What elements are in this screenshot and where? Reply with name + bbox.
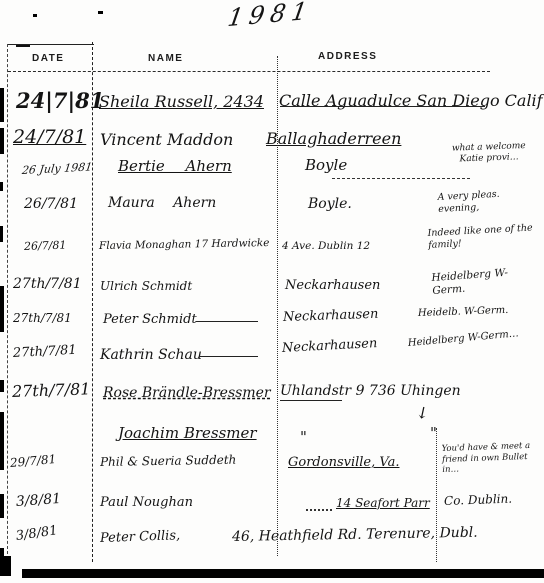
scan-edge-left-8 <box>0 494 4 518</box>
address-cell: Boyle. <box>308 196 352 212</box>
date-cell: 27th/7/81 <box>12 379 91 401</box>
name-cell: Sheila Russell, 2434 <box>99 92 264 111</box>
margin-note: Indeed like one of the family! <box>427 222 536 251</box>
header-top-rule-dash <box>16 45 30 47</box>
name-cell: Phil & Sueria Suddeth <box>100 453 237 469</box>
name-cell: Bertie Ahern <box>118 157 232 175</box>
scan-edge-left-1 <box>0 88 4 122</box>
scan-speck-top-2 <box>98 11 103 14</box>
scan-edge-left-6 <box>0 380 4 392</box>
date-cell: 26/7/81 <box>24 239 67 253</box>
date-cell: 27th/7/81 <box>13 276 82 292</box>
date-cell: 24/7/81 <box>13 126 86 148</box>
name-cell: Rose Brändle-Bressmer <box>103 385 271 401</box>
address-underline <box>280 400 342 401</box>
column-header-date: DATE <box>32 53 64 64</box>
date-cell: 3/8/81 <box>15 523 59 544</box>
margin-note: A very pleas. evening, <box>437 187 538 216</box>
column-header-name: NAME <box>148 53 183 64</box>
name-tail-stroke <box>196 321 258 322</box>
scan-edge-left-5 <box>0 286 4 332</box>
name-cell: Maura Ahern <box>108 195 216 211</box>
name-cell: Peter Collis, <box>100 528 181 546</box>
scan-speck-top-1 <box>33 14 37 17</box>
scan-edge-left-9 <box>0 548 4 574</box>
name-cell: Paul Noughan <box>100 495 193 510</box>
scan-edge-left-3 <box>0 182 3 191</box>
scan-edge-left-2 <box>0 128 4 154</box>
address-underline-ext <box>332 178 470 179</box>
scan-edge-left-7 <box>0 412 4 470</box>
name-tail-stroke <box>200 356 258 357</box>
margin-note: Heidelberg W-Germ. <box>431 265 538 299</box>
down-arrow-mark: ↓ <box>414 402 431 423</box>
address-cell: Neckarhausen <box>285 278 380 293</box>
left-margin-rule <box>7 44 8 564</box>
date-cell: 27th/7/81 <box>13 311 72 325</box>
scan-edge-bottom-bar <box>22 569 544 578</box>
guestbook-scan-page: 1981 DATE NAME ADDRESS 24|7|81 Sheila Ru… <box>0 0 544 583</box>
address-cell: Calle Aguadulce San Diego Calif <box>279 91 543 110</box>
scan-edge-left-4 <box>0 226 3 242</box>
margin-note: Heidelb. W-Germ. <box>418 304 538 321</box>
address-cell: 14 Seafort Parr <box>336 496 430 510</box>
date-cell: 3/8/81 <box>15 491 61 510</box>
address-cell: Boyle <box>305 156 347 174</box>
name-cell: Vincent Maddon <box>100 130 233 149</box>
address-cell: Neckarhausen <box>283 307 379 325</box>
address-cell: 4 Ave. Dublin 12 <box>282 240 370 252</box>
scan-blob-bottom-left <box>0 556 11 576</box>
margin-note: Co. Dublin. <box>444 492 513 508</box>
margin-note: Heidelberg W-Germ… <box>407 327 538 351</box>
date-cell: 27th/7/81 <box>13 343 77 361</box>
margin-note: You'd have & meet a friend in own Bullet… <box>441 441 538 476</box>
name-cell: Ulrich Schmidt <box>100 279 192 293</box>
margin-note: what a welcome Katie provi… <box>442 141 537 167</box>
dotted-lead-line <box>306 509 332 511</box>
header-bottom-rule <box>8 71 490 72</box>
name-cell: Kathrin Schau <box>100 347 202 363</box>
address-cell: Neckarhausen <box>282 336 378 356</box>
date-cell: 26/7/81 <box>24 196 78 212</box>
address-cell: 46, Heathfield Rd. Terenure, Dubl. <box>232 525 478 545</box>
year-title: 1981 <box>226 0 315 32</box>
date-cell: 26 July 1981 <box>21 160 93 177</box>
name-cell: Flavia Monaghan 17 Hardwicke <box>99 237 270 252</box>
address-ditto-mark: " <box>300 428 307 446</box>
date-column-divider <box>92 42 93 562</box>
address-cell: Uhlandstr 9 736 Uhingen <box>280 383 461 399</box>
address-cell: Gordonsville, Va. <box>288 455 399 470</box>
column-header-address: ADDRESS <box>318 51 377 62</box>
address-cell: Ballaghaderreen <box>266 129 401 148</box>
header-top-rule <box>8 44 94 45</box>
name-cell: Joachim Bressmer <box>118 424 257 442</box>
date-cell: 24|7|81 <box>16 88 104 113</box>
margin-column-divider <box>436 428 437 562</box>
margin-ditto-mark: " <box>430 424 437 442</box>
name-cell: Peter Schmidt <box>103 312 197 327</box>
date-cell: 29/7/81 <box>9 452 56 470</box>
